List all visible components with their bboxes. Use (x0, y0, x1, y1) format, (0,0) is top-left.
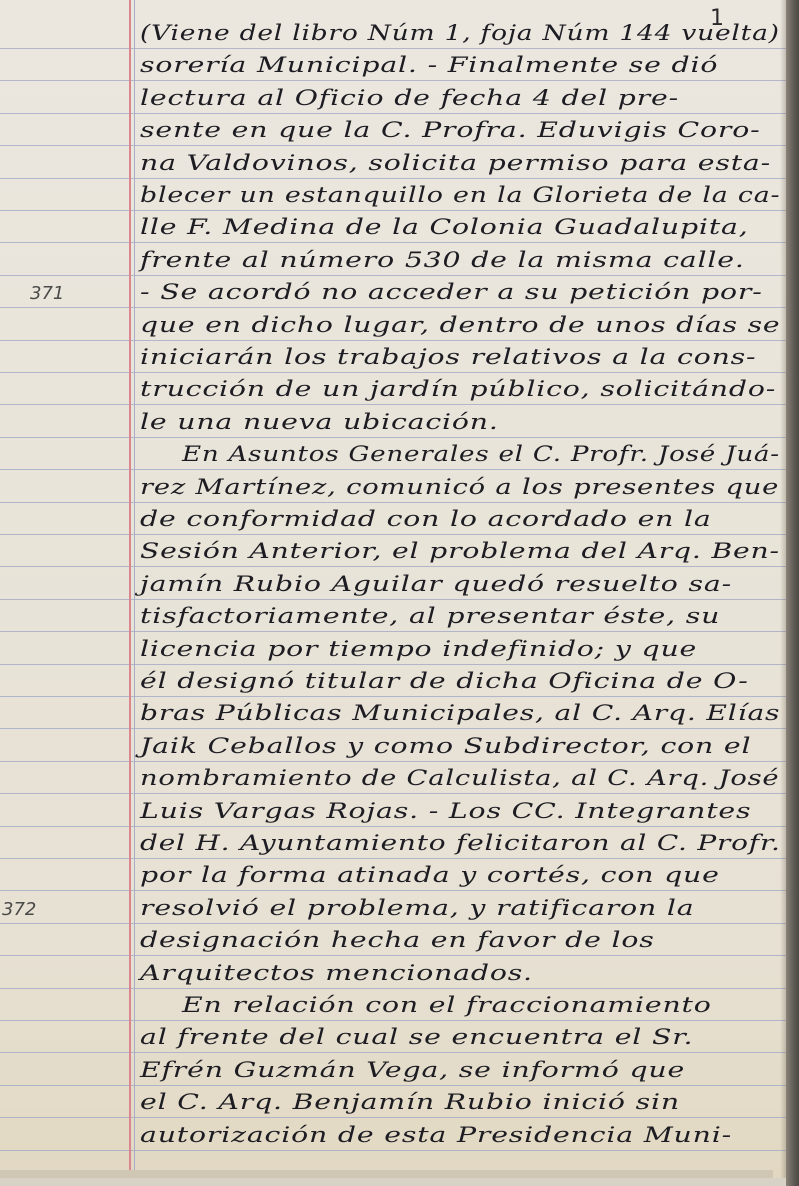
ruled-line (0, 728, 786, 729)
margin-note-number: 371 (30, 283, 64, 304)
text-line: de conformidad con lo acordado en la (140, 507, 712, 531)
text-line: al frente del cual se encuentra el Sr. (140, 1025, 693, 1049)
text-line: resolvió el problema, y ratificaron la (140, 896, 695, 920)
ruled-line (0, 923, 786, 924)
ruled-line (0, 955, 786, 956)
text-line: - Se acordó no acceder a su petición por… (140, 280, 763, 304)
margin-line-blue (134, 0, 135, 1178)
ruled-line (0, 1117, 786, 1118)
text-line: del H. Ayuntamiento felicitaron al C. Pr… (140, 831, 781, 855)
text-line: sente en que la C. Profra. Eduvigis Coro… (140, 118, 760, 142)
book-edge-shadow (786, 0, 799, 1186)
ruled-line (0, 890, 786, 891)
ruled-line (0, 242, 786, 243)
ruled-line (0, 534, 786, 535)
text-line: rez Martínez, comunicó a los presentes q… (140, 475, 779, 499)
text-line: designación hecha en favor de los (140, 928, 655, 952)
ruled-line (0, 1052, 786, 1053)
text-line: (Viene del libro Núm 1, foja Núm 144 vue… (140, 21, 780, 45)
text-line: na Valdovinos, solicita permiso para est… (140, 151, 771, 175)
page-bottom-edge (0, 1170, 773, 1178)
ruled-line (0, 599, 786, 600)
ruled-line (0, 404, 786, 405)
text-line: blecer un estanquillo en la Glorieta de … (140, 183, 780, 207)
text-line: En Asuntos Generales el C. Profr. José J… (182, 442, 780, 466)
text-line: Efrén Guzmán Vega, se informó que (140, 1058, 685, 1082)
ruled-line (0, 307, 786, 308)
text-line: lle F. Medina de la Colonia Guadalupita, (140, 215, 749, 239)
ruled-line (0, 696, 786, 697)
text-line: Luis Vargas Rojas. - Los CC. Integrantes (140, 799, 751, 823)
text-line: Jaik Ceballos y como Subdirector, con el (140, 734, 751, 758)
ruled-line (0, 664, 786, 665)
ruled-line (0, 437, 786, 438)
ruled-line (0, 340, 786, 341)
text-line: Sesión Anterior, el problema del Arq. Be… (140, 539, 780, 563)
text-line: frente al número 530 de la misma calle. (140, 248, 745, 272)
margin-note-number: 372 (2, 899, 36, 920)
ruled-line (0, 631, 786, 632)
text-line: el C. Arq. Benjamín Rubio inició sin (140, 1090, 680, 1114)
text-line: trucción de un jardín público, solicitán… (140, 377, 776, 401)
text-line: jamín Rubio Aguilar quedó resuelto sa- (140, 572, 732, 596)
text-line: le una nueva ubicación. (140, 410, 499, 434)
ledger-page: 1 371372 (Viene del libro Núm 1, foja Nú… (0, 0, 786, 1178)
ruled-line (0, 145, 786, 146)
margin-line-red (129, 0, 131, 1178)
ruled-line (0, 178, 786, 179)
ruled-line (0, 275, 786, 276)
ruled-line (0, 858, 786, 859)
text-line: Arquitectos mencionados. (140, 961, 533, 985)
ruled-line (0, 1150, 786, 1151)
ruled-line (0, 80, 786, 81)
text-line: él designó titular de dicha Oficina de O… (140, 669, 749, 693)
ruled-line (0, 469, 786, 470)
text-line: licencia por tiempo indefinido; y que (140, 637, 697, 661)
ruled-line (0, 566, 786, 567)
text-line: nombramiento de Calculista, al C. Arq. J… (140, 766, 779, 790)
ruled-line (0, 1085, 786, 1086)
text-line: bras Públicas Municipales, al C. Arq. El… (140, 701, 780, 725)
ruled-line (0, 988, 786, 989)
text-line: autorización de esta Presidencia Muni- (140, 1123, 732, 1147)
ruled-line (0, 793, 786, 794)
ruled-line (0, 826, 786, 827)
ruled-line (0, 502, 786, 503)
ruled-line (0, 113, 786, 114)
ruled-line (0, 210, 786, 211)
ruled-line (0, 48, 786, 49)
text-line: iniciarán los trabajos relativos a la co… (140, 345, 756, 369)
ruled-line (0, 761, 786, 762)
text-line: tisfactoriamente, al presentar éste, su (140, 604, 720, 628)
text-line: que en dicho lugar, dentro de unos días … (140, 313, 780, 337)
ruled-line (0, 1020, 786, 1021)
text-line: En relación con el fraccionamiento (182, 993, 712, 1017)
text-line: lectura al Oficio de fecha 4 del pre- (140, 86, 679, 110)
text-line: sorería Municipal. - Finalmente se dió (140, 53, 718, 77)
text-line: por la forma atinada y cortés, con que (140, 863, 720, 887)
ruled-line (0, 372, 786, 373)
